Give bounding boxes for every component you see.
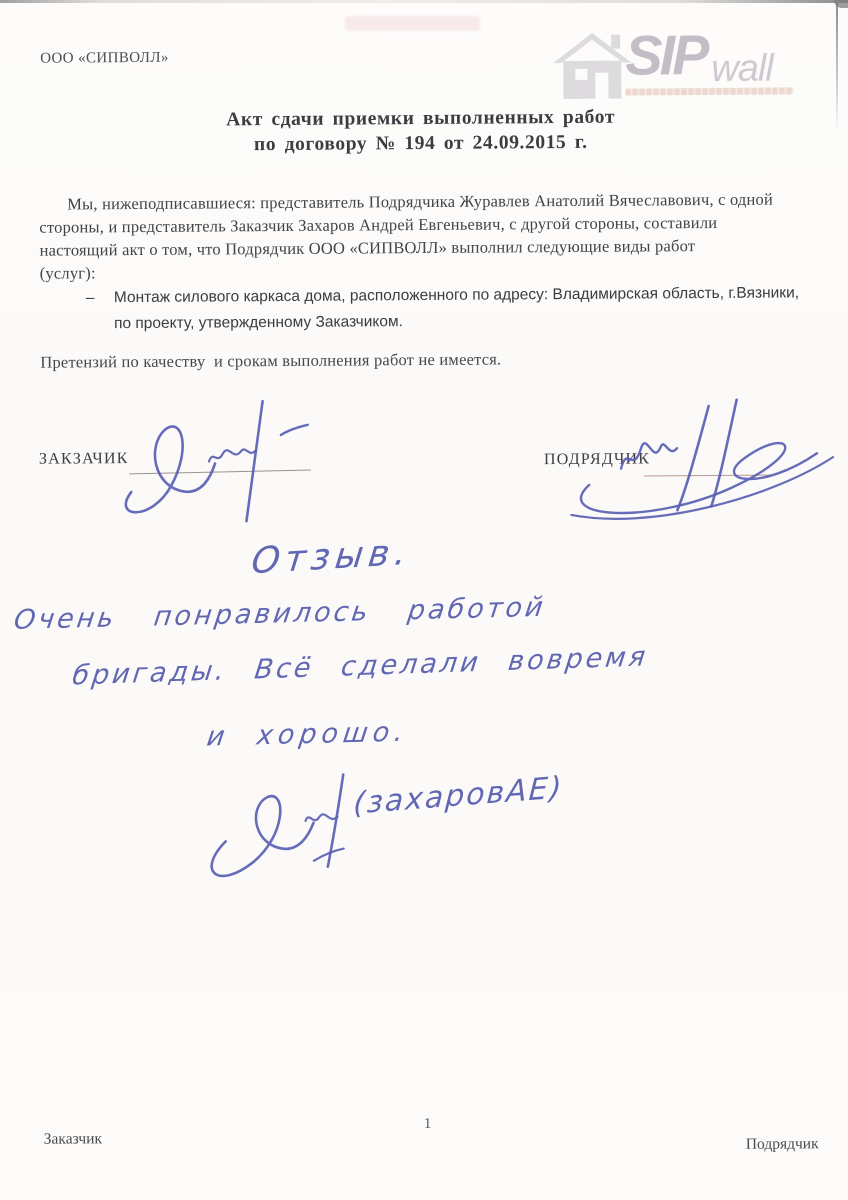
- logo-sip-text: SIP: [625, 22, 707, 88]
- house-icon: [553, 33, 631, 100]
- handwritten-review-line: бригады. Всё сделали вовремя: [71, 641, 650, 691]
- sipwall-logo: SIP wall: [553, 25, 794, 107]
- footer-contractor-label: Подрядчик: [746, 1135, 819, 1154]
- handwritten-review-line: Очень понравилось работой: [12, 592, 548, 636]
- page-number: 1: [4, 1113, 848, 1136]
- scanned-document-page: ООО «СИПВОЛЛ» SIP wall Акт сдачи приемки…: [0, 0, 848, 1200]
- customer-signature-ink: [111, 399, 322, 525]
- logo-tagline-strip: [625, 87, 793, 95]
- work-item-text: Монтаж силового каркаса дома, расположен…: [86, 280, 806, 337]
- claims-statement: Претензий по качеству и срокам выполнени…: [40, 347, 820, 372]
- document-title: Акт сдачи приемки выполненных работ по д…: [0, 105, 845, 158]
- company-name: ООО «СИПВОЛЛ»: [40, 50, 169, 68]
- title-line1: Акт сдачи приемки выполненных работ: [0, 105, 845, 133]
- handwritten-review-line: и хорошо.: [205, 717, 410, 753]
- body-paragraph: Мы, нижеподписавшиеся: представитель Под…: [39, 187, 815, 284]
- contractor-signature-ink: [559, 395, 845, 537]
- handwritten-review-title: Отзыв.: [249, 532, 413, 583]
- logo-wall-text: wall: [711, 48, 773, 91]
- reviewer-signature-ink: [201, 770, 397, 886]
- bullet-dash: –: [86, 285, 95, 311]
- title-line2: по договору № 194 от 24.09.2015 г.: [0, 130, 845, 158]
- work-list-item: – Монтаж силового каркаса дома, располож…: [86, 280, 806, 337]
